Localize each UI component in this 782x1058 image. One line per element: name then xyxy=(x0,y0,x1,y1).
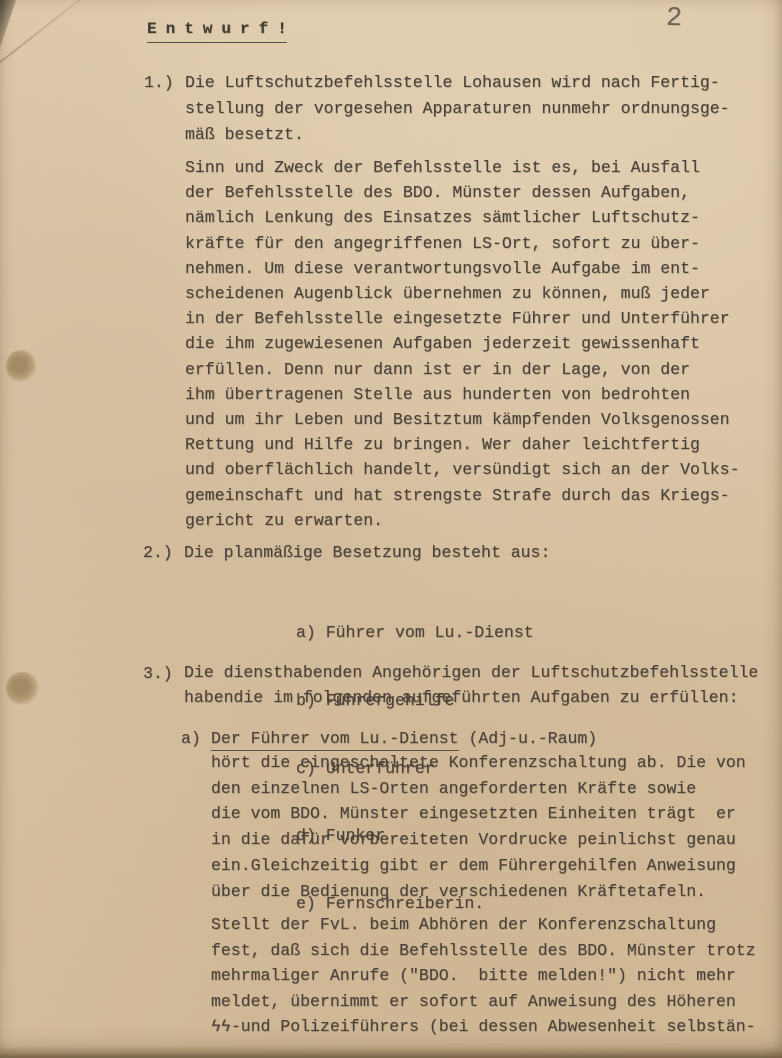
section-1-number: 1.) xyxy=(144,70,174,95)
document-title: E n t w u r f ! xyxy=(147,20,287,43)
page-corner-shadow xyxy=(0,0,16,48)
section-3-number: 3.) xyxy=(143,661,173,686)
section-3a-paragraph-1: hört die eingeschaltete Konferenzschaltu… xyxy=(211,750,777,904)
section-2-intro: Die planmäßige Besetzung besteht aus: xyxy=(184,540,744,565)
section-3a-heading-underlined: Der Führer vom Lu.-Dienst xyxy=(211,729,459,751)
page-number: 2 xyxy=(665,2,682,37)
paper-fold-crease xyxy=(0,0,96,75)
section-2-number: 2.) xyxy=(143,540,173,565)
section-3a-heading-rest: (Adj-u.-Raum) xyxy=(459,729,598,748)
paper-stain-upper xyxy=(6,350,36,383)
page-bottom-edge-shadow xyxy=(0,1046,782,1058)
section-3-intro: Die diensthabenden Angehörigen der Lufts… xyxy=(184,661,774,710)
section-3a-label: a) xyxy=(181,726,201,751)
roster-item: a) Führer vom Lu.-Dienst xyxy=(296,624,534,641)
section-3a-paragraph-2: Stellt der FvL. beim Abhören der Konfere… xyxy=(211,912,777,1040)
scanned-document-page: 2 E n t w u r f ! 1.) Die Luftschutzbefe… xyxy=(0,0,782,1058)
section-3a-heading: Der Führer vom Lu.-Dienst (Adj-u.-Raum) xyxy=(211,726,597,751)
paper-stain-lower xyxy=(6,672,39,705)
section-1-paragraph-1: Die Luftschutzbefehlsstelle Lohausen wir… xyxy=(185,70,765,148)
section-1-paragraph-2: Sinn und Zweck der Befehlsstelle ist es,… xyxy=(185,155,765,533)
